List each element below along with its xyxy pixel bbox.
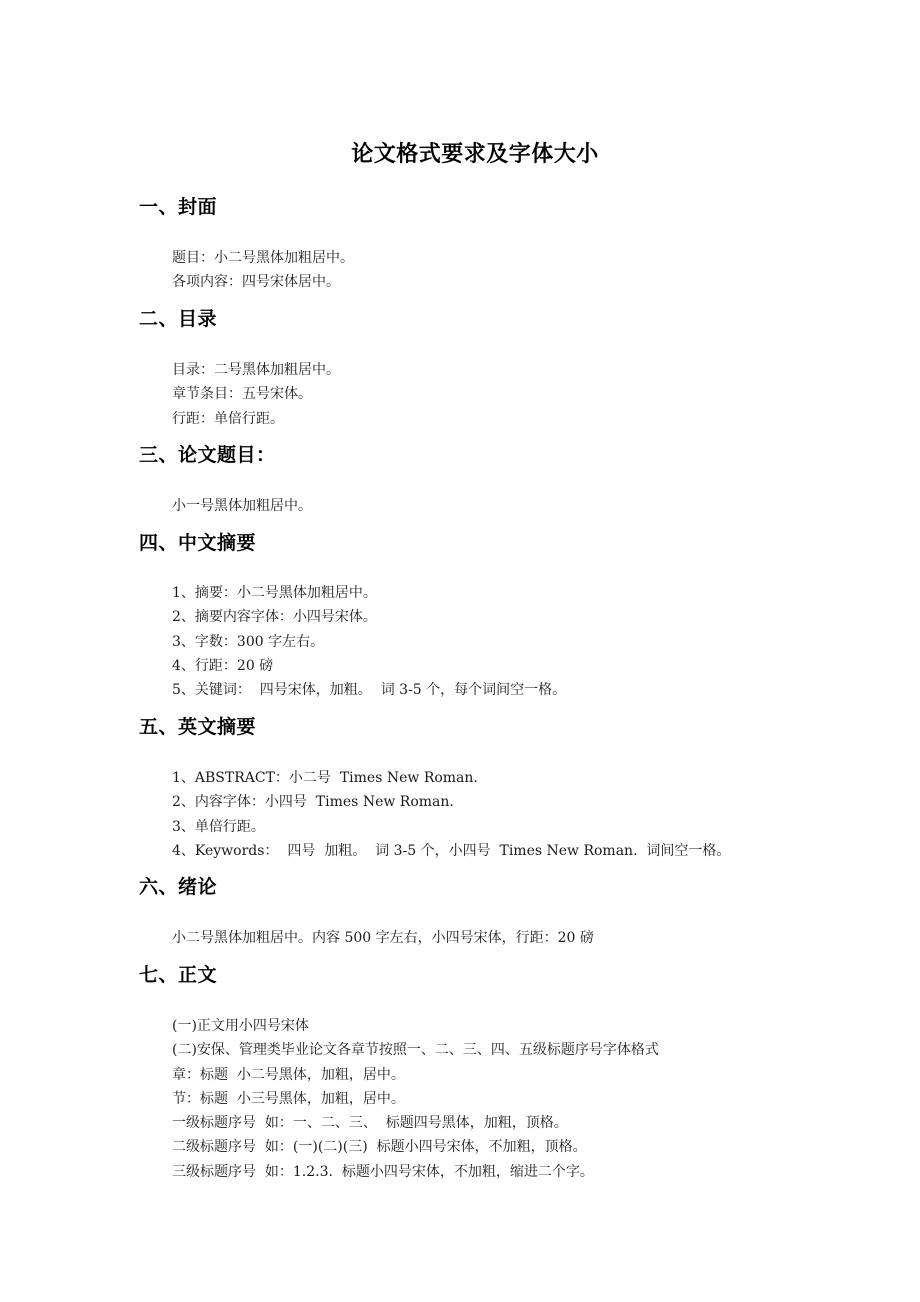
body-line: 3、单倍行距。 (172, 815, 730, 839)
body-line: 题目：小二号黑体加粗居中。 (172, 246, 354, 270)
section-body-cover: 题目：小二号黑体加粗居中。 各项内容：四号宋体居中。 (172, 246, 354, 295)
body-line: 4、Keywords： 四号 加粗。 词 3-5 个，小四号 Times New… (172, 839, 730, 863)
body-line: 5、关键词： 四号宋体，加粗。 词 3-5 个，每个词间空一格。 (172, 678, 566, 702)
section-body-chinese-abstract: 1、摘要：小二号黑体加粗居中。 2、摘要内容字体：小四号宋体。 3、字数：300… (172, 581, 566, 702)
section-heading-main-text: 七、正文 (139, 962, 217, 988)
section-heading-introduction: 六、绪论 (139, 874, 217, 900)
section-body-thesis-title: 小一号黑体加粗居中。 (172, 494, 312, 518)
section-body-english-abstract: 1、ABSTRACT：小二号 Times New Roman. 2、内容字体：小… (172, 766, 730, 863)
document-title: 论文格式要求及字体大小 (0, 140, 920, 170)
body-line: 4、行距：20 磅 (172, 654, 566, 678)
body-line: 行距：单倍行距。 (172, 407, 340, 431)
section-heading-toc: 二、目录 (139, 306, 217, 332)
section-body-main-text: (一)正文用小四号宋体 (二)安保、管理类毕业论文各章节按照一、二、三、四、五级… (172, 1014, 659, 1184)
body-line: 各项内容：四号宋体居中。 (172, 270, 354, 294)
body-line: 小一号黑体加粗居中。 (172, 494, 312, 518)
body-line: 章节条目：五号宋体。 (172, 382, 340, 406)
body-line: 小二号黑体加粗居中。内容 500 字左右，小四号宋体，行距：20 磅 (172, 926, 594, 950)
section-heading-english-abstract: 五、英文摘要 (139, 714, 256, 740)
section-body-toc: 目录：二号黑体加粗居中。 章节条目：五号宋体。 行距：单倍行距。 (172, 358, 340, 431)
body-line: 2、内容字体：小四号 Times New Roman. (172, 790, 730, 814)
section-heading-cover: 一、封面 (139, 194, 217, 220)
body-line: 目录：二号黑体加粗居中。 (172, 358, 340, 382)
body-line: (二)安保、管理类毕业论文各章节按照一、二、三、四、五级标题序号字体格式 (172, 1038, 659, 1062)
body-line: 二级标题序号 如：(一)(二)(三) 标题小四号宋体，不加粗，顶格。 (172, 1135, 659, 1159)
section-heading-chinese-abstract: 四、中文摘要 (139, 530, 256, 556)
body-line: 三级标题序号 如：1.2.3. 标题小四号宋体，不加粗，缩进二个字。 (172, 1160, 659, 1184)
body-line: (一)正文用小四号宋体 (172, 1014, 659, 1038)
body-line: 1、摘要：小二号黑体加粗居中。 (172, 581, 566, 605)
body-line: 1、ABSTRACT：小二号 Times New Roman. (172, 766, 730, 790)
body-line: 3、字数：300 字左右。 (172, 630, 566, 654)
section-body-introduction: 小二号黑体加粗居中。内容 500 字左右，小四号宋体，行距：20 磅 (172, 926, 594, 950)
body-line: 章：标题 小二号黑体，加粗，居中。 (172, 1063, 659, 1087)
body-line: 2、摘要内容字体：小四号宋体。 (172, 605, 566, 629)
section-heading-thesis-title: 三、论文题目： (139, 442, 276, 468)
body-line: 节：标题 小三号黑体，加粗，居中。 (172, 1087, 659, 1111)
body-line: 一级标题序号 如：一、二、三、 标题四号黑体，加粗，顶格。 (172, 1111, 659, 1135)
document-page: 论文格式要求及字体大小 一、封面 题目：小二号黑体加粗居中。 各项内容：四号宋体… (0, 0, 920, 1302)
